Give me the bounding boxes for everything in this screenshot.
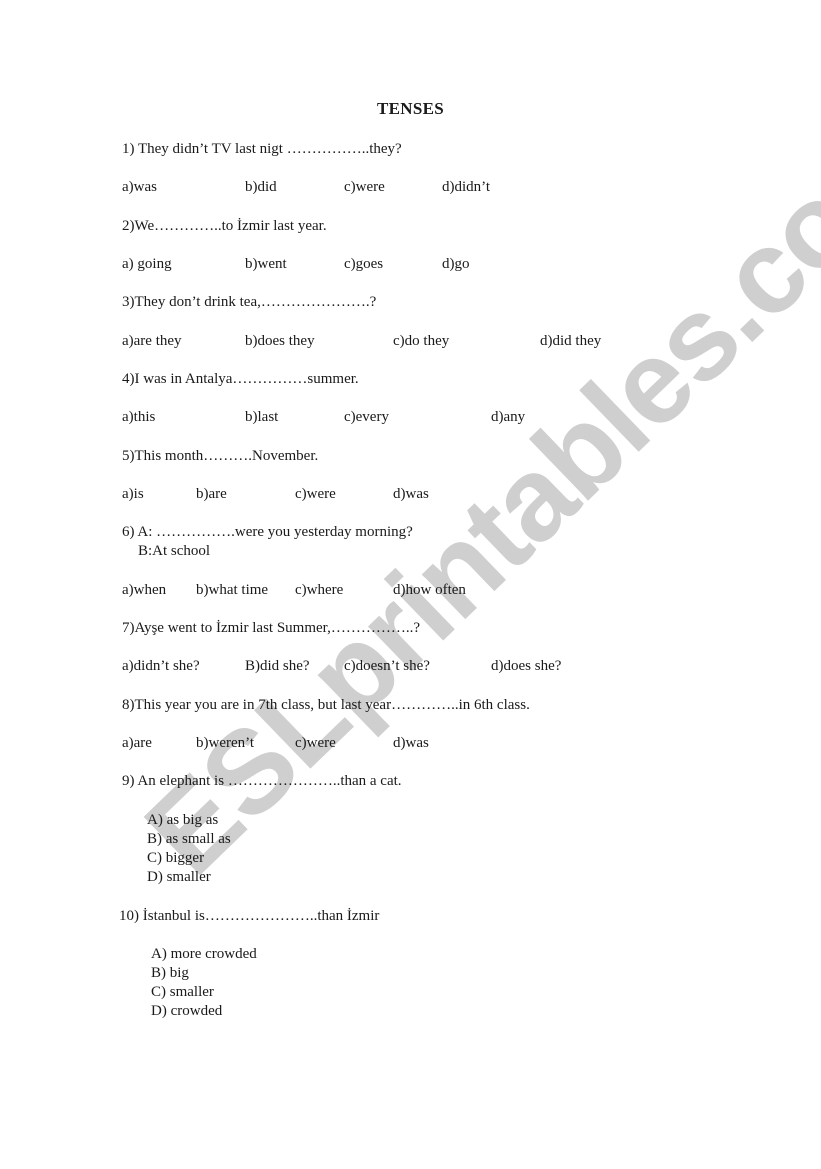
option-4d[interactable]: d)any bbox=[491, 409, 525, 426]
question-9: 9) An elephant is …………………..than a cat. bbox=[122, 773, 402, 790]
option-7d[interactable]: d)does she? bbox=[491, 658, 561, 675]
option-1d[interactable]: d)didn’t bbox=[442, 179, 490, 196]
option-4c[interactable]: c)every bbox=[344, 409, 389, 426]
option-10d[interactable]: D) crowded bbox=[151, 1003, 222, 1020]
option-8b[interactable]: b)weren’t bbox=[196, 735, 254, 752]
question-3: 3)They don’t drink tea,………………….? bbox=[122, 294, 376, 311]
option-9b[interactable]: B) as small as bbox=[147, 831, 231, 848]
option-5d[interactable]: d)was bbox=[393, 486, 429, 503]
option-6d[interactable]: d)how often bbox=[393, 582, 466, 599]
question-6-answer-line: B:At school bbox=[138, 543, 210, 560]
question-4: 4)I was in Antalya……………summer. bbox=[122, 371, 359, 388]
option-2a[interactable]: a) going bbox=[122, 256, 172, 273]
option-10c[interactable]: C) smaller bbox=[151, 984, 214, 1001]
question-6: 6) A: …………….were you yesterday morning? bbox=[122, 524, 413, 541]
option-6a[interactable]: a)when bbox=[122, 582, 166, 599]
option-5a[interactable]: a)is bbox=[122, 486, 144, 503]
option-4b[interactable]: b)last bbox=[245, 409, 278, 426]
option-8d[interactable]: d)was bbox=[393, 735, 429, 752]
option-5c[interactable]: c)were bbox=[295, 486, 336, 503]
option-2c[interactable]: c)goes bbox=[344, 256, 383, 273]
option-8c[interactable]: c)were bbox=[295, 735, 336, 752]
option-1a[interactable]: a)was bbox=[122, 179, 157, 196]
worksheet: TENSES 1) They didn’t TV last nigt ……………… bbox=[0, 0, 821, 1169]
option-9d[interactable]: D) smaller bbox=[147, 869, 211, 886]
question-8: 8)This year you are in 7th class, but la… bbox=[122, 697, 530, 714]
option-7c[interactable]: c)doesn’t she? bbox=[344, 658, 430, 675]
option-1b[interactable]: b)did bbox=[245, 179, 277, 196]
option-6c[interactable]: c)where bbox=[295, 582, 343, 599]
question-1: 1) They didn’t TV last nigt ……………..they? bbox=[122, 141, 402, 158]
option-4a[interactable]: a)this bbox=[122, 409, 155, 426]
option-2d[interactable]: d)go bbox=[442, 256, 470, 273]
option-3b[interactable]: b)does they bbox=[245, 333, 315, 350]
option-3a[interactable]: a)are they bbox=[122, 333, 182, 350]
option-7b[interactable]: B)did she? bbox=[245, 658, 310, 675]
option-2b[interactable]: b)went bbox=[245, 256, 287, 273]
question-5: 5)This month……….November. bbox=[122, 448, 318, 465]
option-5b[interactable]: b)are bbox=[196, 486, 227, 503]
option-7a[interactable]: a)didn’t she? bbox=[122, 658, 200, 675]
option-9c[interactable]: C) bigger bbox=[147, 850, 204, 867]
option-3c[interactable]: c)do they bbox=[393, 333, 449, 350]
option-1c[interactable]: c)were bbox=[344, 179, 385, 196]
option-6b[interactable]: b)what time bbox=[196, 582, 268, 599]
question-2: 2)We…………..to İzmir last year. bbox=[122, 218, 327, 235]
option-3d[interactable]: d)did they bbox=[540, 333, 601, 350]
option-10b[interactable]: B) big bbox=[151, 965, 189, 982]
question-10: 10) İstanbul is…………………..than İzmir bbox=[119, 908, 379, 925]
option-10a[interactable]: A) more crowded bbox=[151, 946, 257, 963]
option-9a[interactable]: A) as big as bbox=[147, 812, 218, 829]
page-title: TENSES bbox=[0, 99, 821, 119]
option-8a[interactable]: a)are bbox=[122, 735, 152, 752]
question-7: 7)Ayşe went to İzmir last Summer,……………..… bbox=[122, 620, 420, 637]
